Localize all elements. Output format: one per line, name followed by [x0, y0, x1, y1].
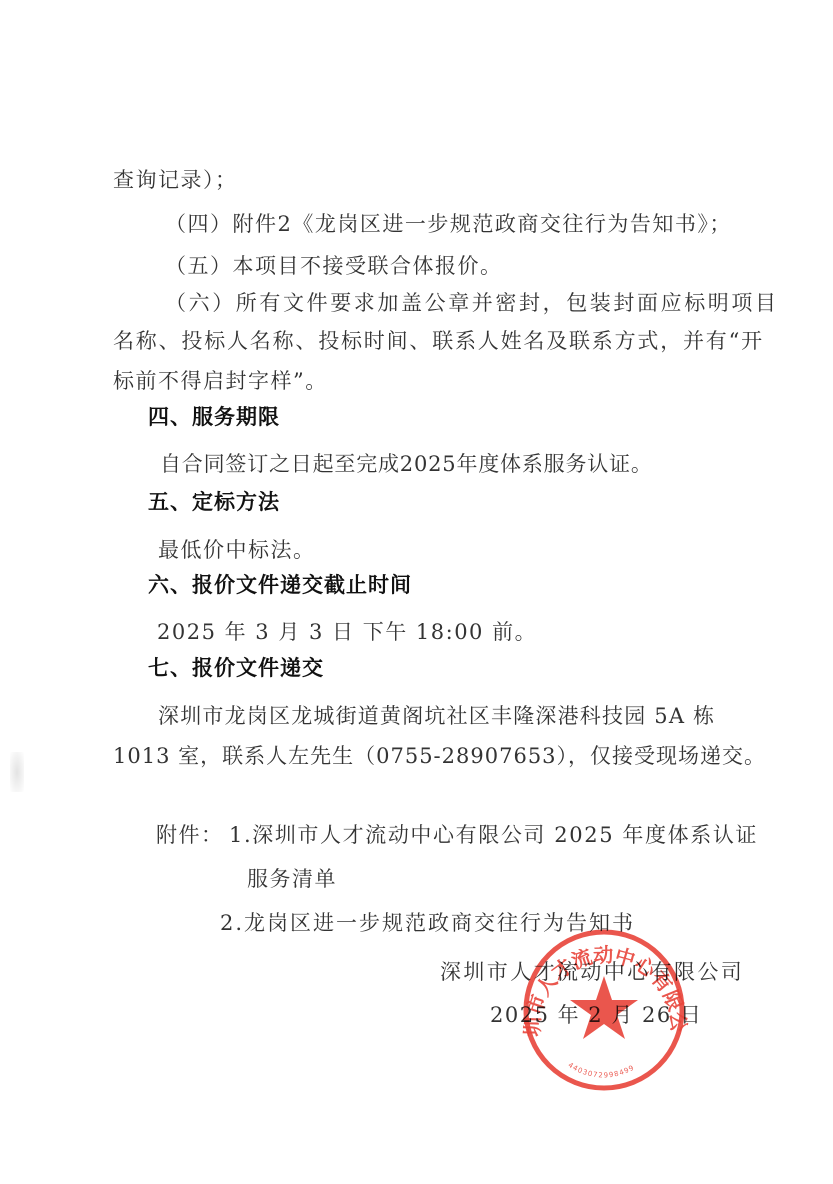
text-line: （四）附件2《龙岗区进一步规范政商交往行为告知书》；: [165, 209, 732, 239]
section-heading-award-method: 五、定标方法: [148, 487, 280, 517]
attachment-item-1-cont: 服务清单: [247, 864, 337, 894]
text-line: （六）所有文件要求加盖公章并密封，包装封面应标明项目: [165, 288, 779, 318]
text-line: 名称、投标人名称、投标时间、联系人姓名及联系方式，并有“开: [113, 326, 764, 356]
text-line: （五）本项目不接受联合体报价。: [165, 251, 503, 281]
signature-organization: 深圳市人才流动中心有限公司: [440, 957, 744, 987]
text-line: 标前不得启封字样”。: [113, 366, 328, 396]
attachment-item-1: 1.深圳市人才流动中心有限公司 2025 年度体系认证: [229, 820, 758, 850]
section-body-service-period: 自合同签订之日起至完成2025年度体系服务认证。: [160, 449, 653, 479]
svg-text:4403072998499: 4403072998499: [567, 1061, 637, 1079]
attachment-item-2: 2.龙岗区进一步规范政商交往行为告知书: [220, 908, 635, 938]
attachments-label: 附件：: [156, 820, 224, 850]
section-heading-submission: 七、报价文件递交: [148, 653, 324, 683]
section-body-submission-line1: 深圳市龙岗区龙城街道黄阁坑社区丰隆深港科技园 5A 栋: [158, 701, 715, 731]
section-heading-deadline: 六、报价文件递交截止时间: [148, 570, 412, 600]
section-body-award-method: 最低价中标法。: [158, 535, 316, 565]
signature-date: 2025 年 2 月 26 日: [490, 1000, 702, 1030]
section-heading-service-period: 四、服务期限: [148, 402, 280, 432]
section-body-deadline: 2025 年 3 月 3 日 下午 18:00 前。: [157, 617, 537, 647]
section-body-submission-line2: 1013 室，联系人左先生（0755-28907653），仅接受现场递交。: [113, 741, 766, 771]
text-line: 查询记录）；: [113, 165, 238, 195]
scan-speck: [10, 752, 24, 792]
